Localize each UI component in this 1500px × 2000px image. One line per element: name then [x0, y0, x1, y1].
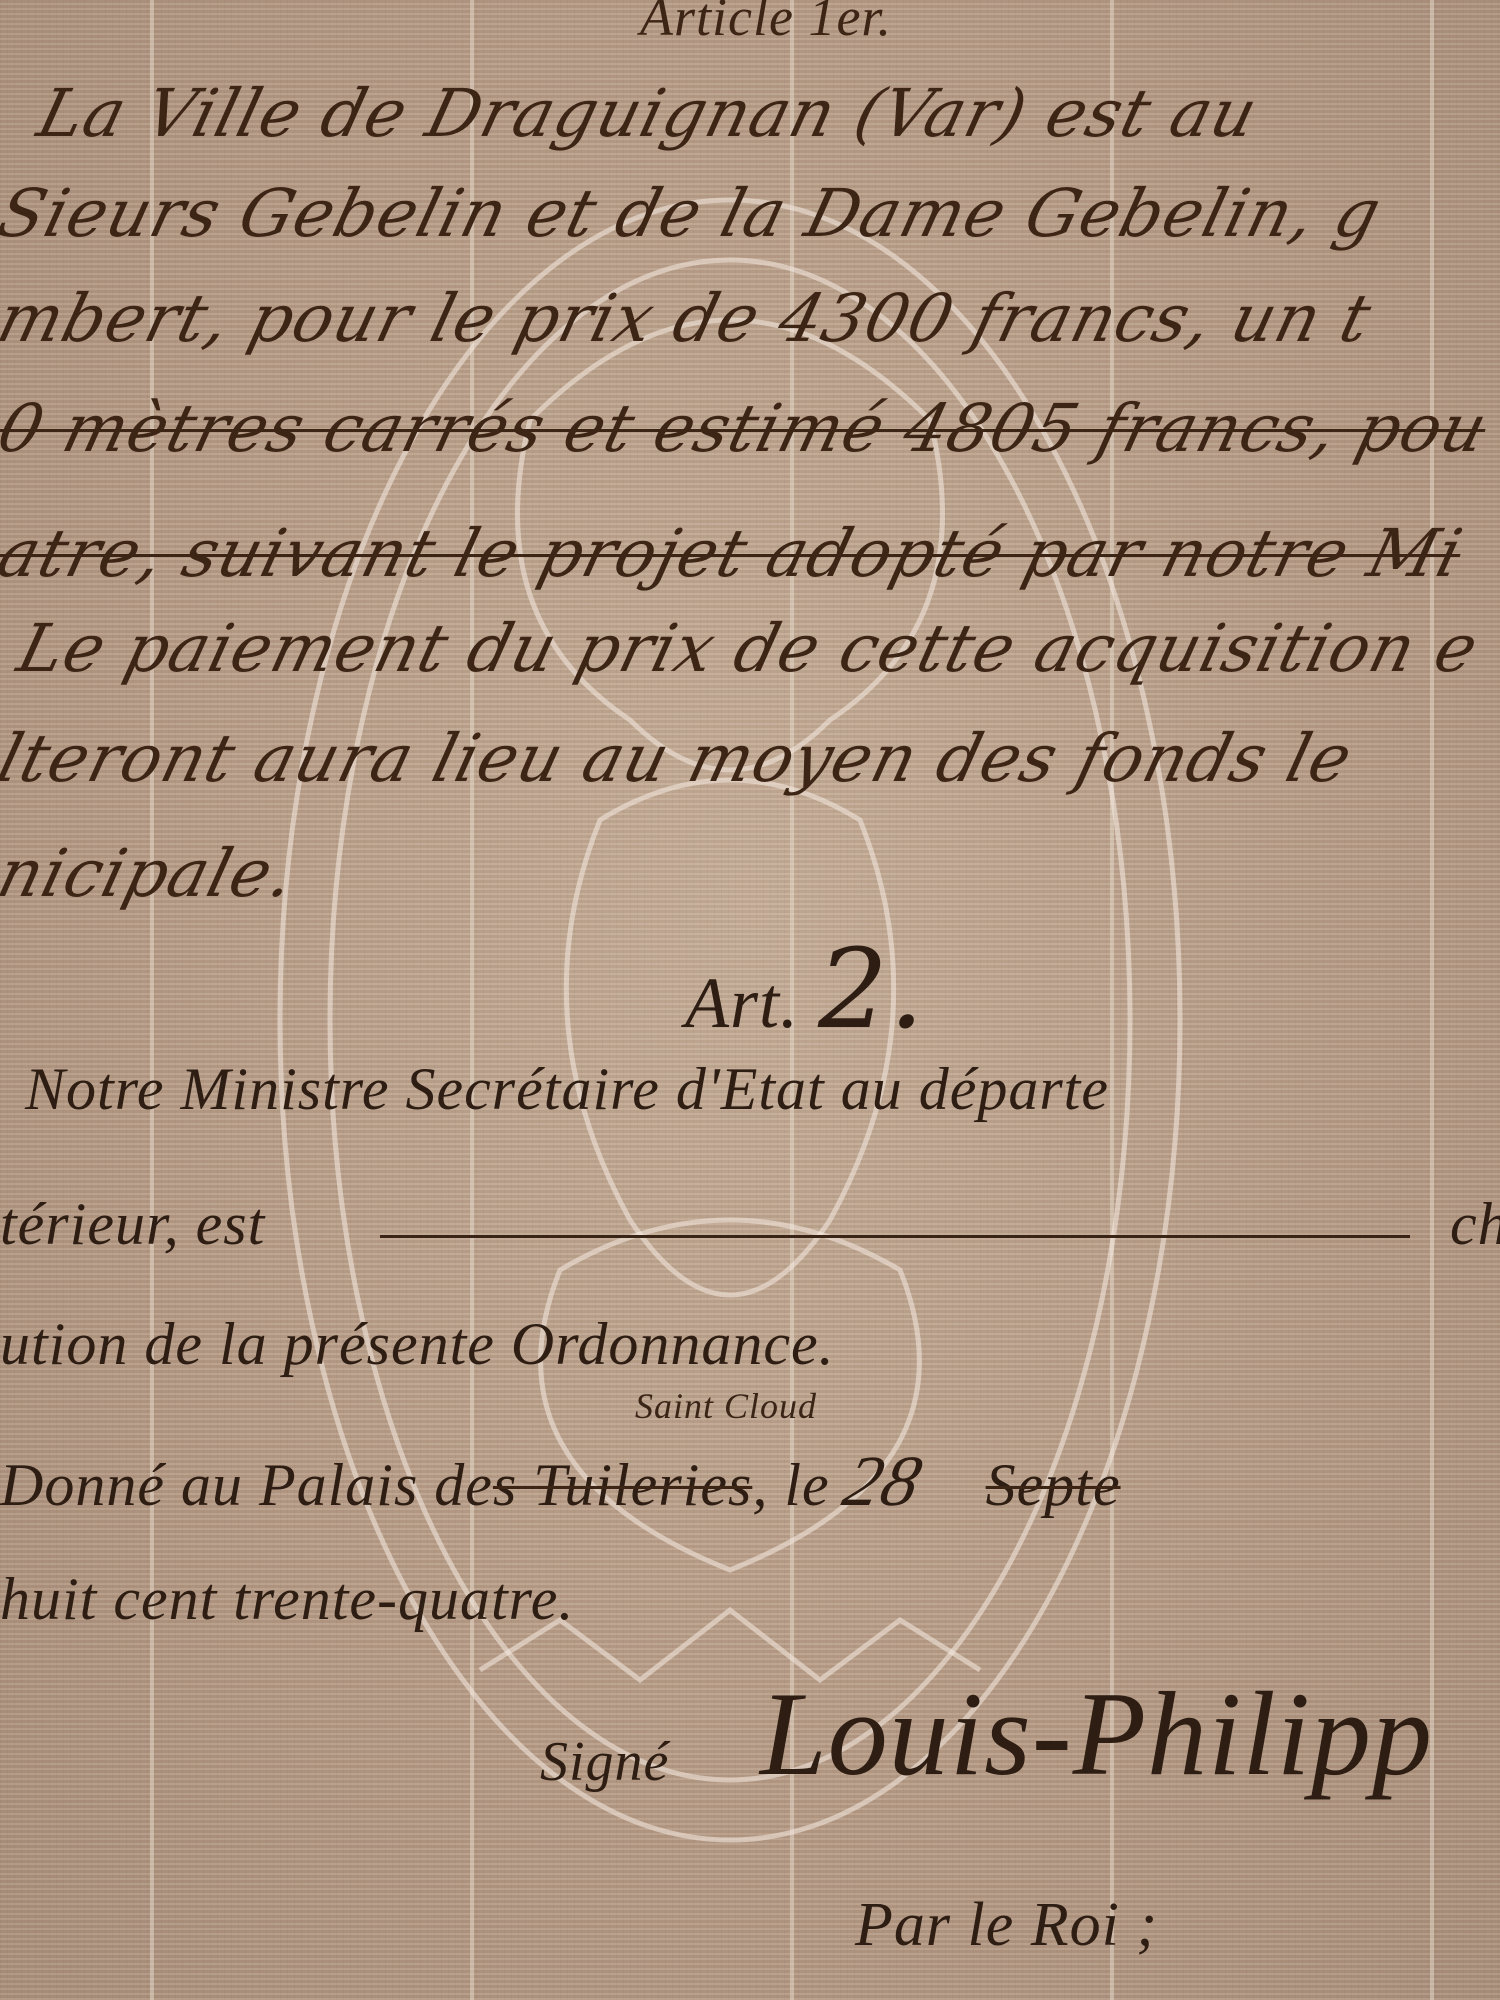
- given-at-line: Donné au Palais des Tuileries, le 28 Sep…: [0, 1440, 1121, 1523]
- article-2-prefix: Art.: [685, 963, 799, 1043]
- article-1-line-1: La Ville de Draguignan (Var) est au: [30, 75, 1265, 152]
- article-2-line-2: térieur, est: [0, 1190, 265, 1259]
- place-insert-saint-cloud: Saint Cloud: [635, 1385, 817, 1427]
- article-1-line-5: atre, suivant le projet adopté par notre…: [0, 515, 1470, 592]
- article-1-line-6: Le paiement du prix de cette acquisition…: [10, 610, 1486, 687]
- year-line: huit cent trente-quatre.: [0, 1565, 574, 1634]
- article-1-line-3: mbert, pour le prix de 4300 francs, un t: [0, 280, 1379, 357]
- date-day: 28: [835, 1440, 930, 1523]
- article-2-heading: Art. 2.: [685, 925, 925, 1053]
- article-2-line-3: ution de la présente Ordonnance.: [0, 1310, 835, 1379]
- given-prefix: Donné au Palais de: [0, 1452, 493, 1518]
- article-1-line-8: nicipale.: [0, 835, 303, 912]
- par-le-roi: Par le Roi ;: [855, 1890, 1158, 1961]
- article-1-line-7: lteront aura lieu au moyen des fonds le: [0, 720, 1360, 797]
- article-2-number: 2.: [818, 925, 925, 1053]
- struck-place-tuileries: s Tuileries: [493, 1452, 752, 1518]
- article-1-line-2: Sieurs Gebelin et de la Dame Gebelin, g: [0, 175, 1389, 252]
- signed-label: Signé: [540, 1730, 669, 1794]
- article-2-line-1: Notre Ministre Secrétaire d'Etat au dépa…: [25, 1055, 1109, 1124]
- article-1-heading: Article 1er.: [640, 0, 892, 48]
- signature-louis-philippe: Louis-Philipp: [760, 1665, 1433, 1803]
- article-2-line-2-end: ch: [1450, 1190, 1500, 1259]
- article-1-line-4: 0 mètres carrés et estimé 4805 francs, p…: [0, 390, 1495, 467]
- date-month: Septe: [986, 1452, 1121, 1518]
- given-suffix: , le: [752, 1452, 829, 1518]
- blank-fill-line: [380, 1235, 1410, 1238]
